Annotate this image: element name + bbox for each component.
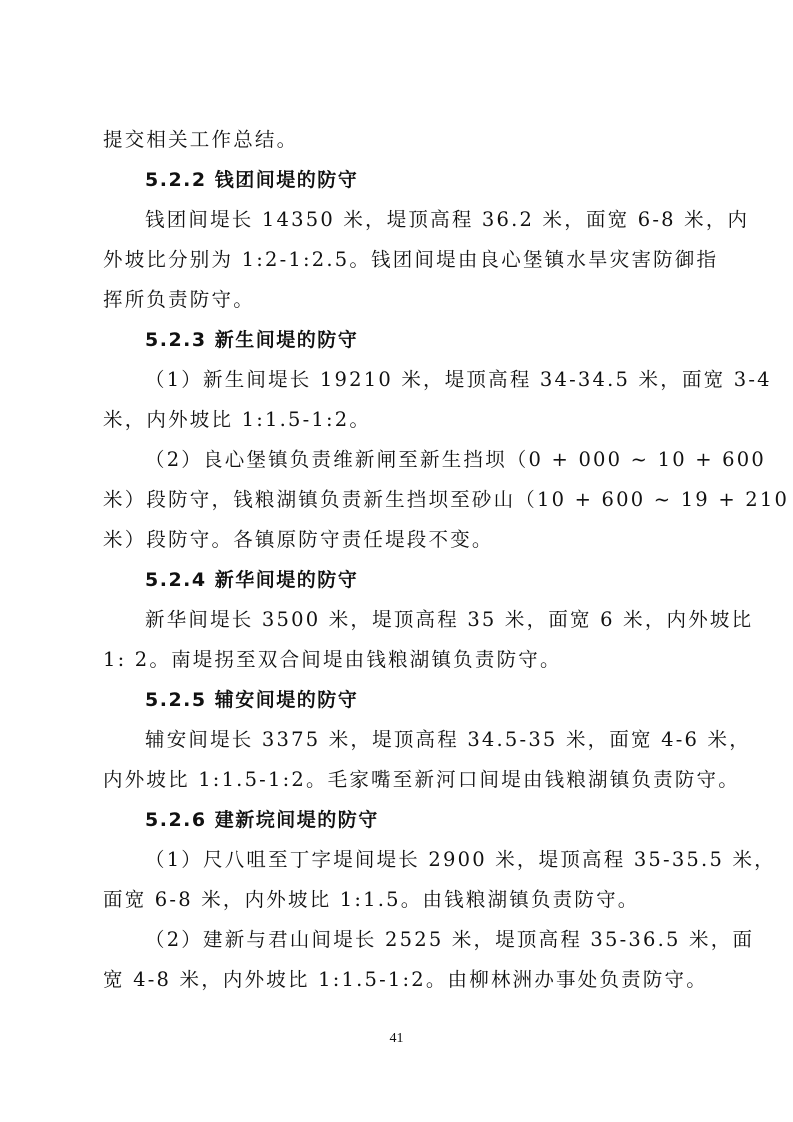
section-heading-5-2-5: 5.2.5 辅安间堤的防守 (103, 680, 693, 720)
document-body: 提交相关工作总结。 5.2.2 钱团间堤的防守 钱团间堤长 14350 米，堤顶… (103, 120, 693, 1000)
paragraph-line: 米，内外坡比 1:1.5-1:2。 (103, 400, 693, 440)
section-heading-5-2-4: 5.2.4 新华间堤的防守 (103, 560, 693, 600)
paragraph-line: （1）新生间堤长 19210 米，堤顶高程 34-34.5 米，面宽 3-4 (103, 360, 693, 400)
paragraph-line: 提交相关工作总结。 (103, 120, 693, 160)
paragraph-line: （2）建新与君山间堤长 2525 米，堤顶高程 35-36.5 米，面 (103, 920, 693, 960)
paragraph-line: （1）尺八咀至丁字堤间堤长 2900 米，堤顶高程 35-35.5 米， (103, 840, 693, 880)
paragraph-line: 内外坡比 1:1.5-1:2。毛家嘴至新河口间堤由钱粮湖镇负责防守。 (103, 760, 693, 800)
page-number: 41 (0, 1031, 793, 1047)
paragraph-line: 1: 2。南堤拐至双合间堤由钱粮湖镇负责防守。 (103, 640, 693, 680)
paragraph-line: （2）良心堡镇负责维新闸至新生挡坝（0 + 000 ~ 10 + 600 (103, 440, 693, 480)
section-heading-5-2-6: 5.2.6 建新垸间堤的防守 (103, 800, 693, 840)
paragraph-line: 外坡比分别为 1:2-1:2.5。钱团间堤由良心堡镇水旱灾害防御指 (103, 240, 693, 280)
paragraph-line: 米）段防守。各镇原防守责任堤段不变。 (103, 520, 693, 560)
paragraph-line: 米）段防守，钱粮湖镇负责新生挡坝至砂山（10 + 600 ~ 19 + 210 (103, 480, 693, 520)
paragraph-line: 宽 4-8 米，内外坡比 1:1.5-1:2。由柳林洲办事处负责防守。 (103, 960, 693, 1000)
paragraph-line: 挥所负责防守。 (103, 280, 693, 320)
paragraph-line: 面宽 6-8 米，内外坡比 1:1.5。由钱粮湖镇负责防守。 (103, 880, 693, 920)
paragraph-line: 新华间堤长 3500 米，堤顶高程 35 米，面宽 6 米，内外坡比 (103, 600, 693, 640)
paragraph-line: 钱团间堤长 14350 米，堤顶高程 36.2 米，面宽 6-8 米，内 (103, 200, 693, 240)
paragraph-line: 辅安间堤长 3375 米，堤顶高程 34.5-35 米，面宽 4-6 米， (103, 720, 693, 760)
section-heading-5-2-2: 5.2.2 钱团间堤的防守 (103, 160, 693, 200)
section-heading-5-2-3: 5.2.3 新生间堤的防守 (103, 320, 693, 360)
